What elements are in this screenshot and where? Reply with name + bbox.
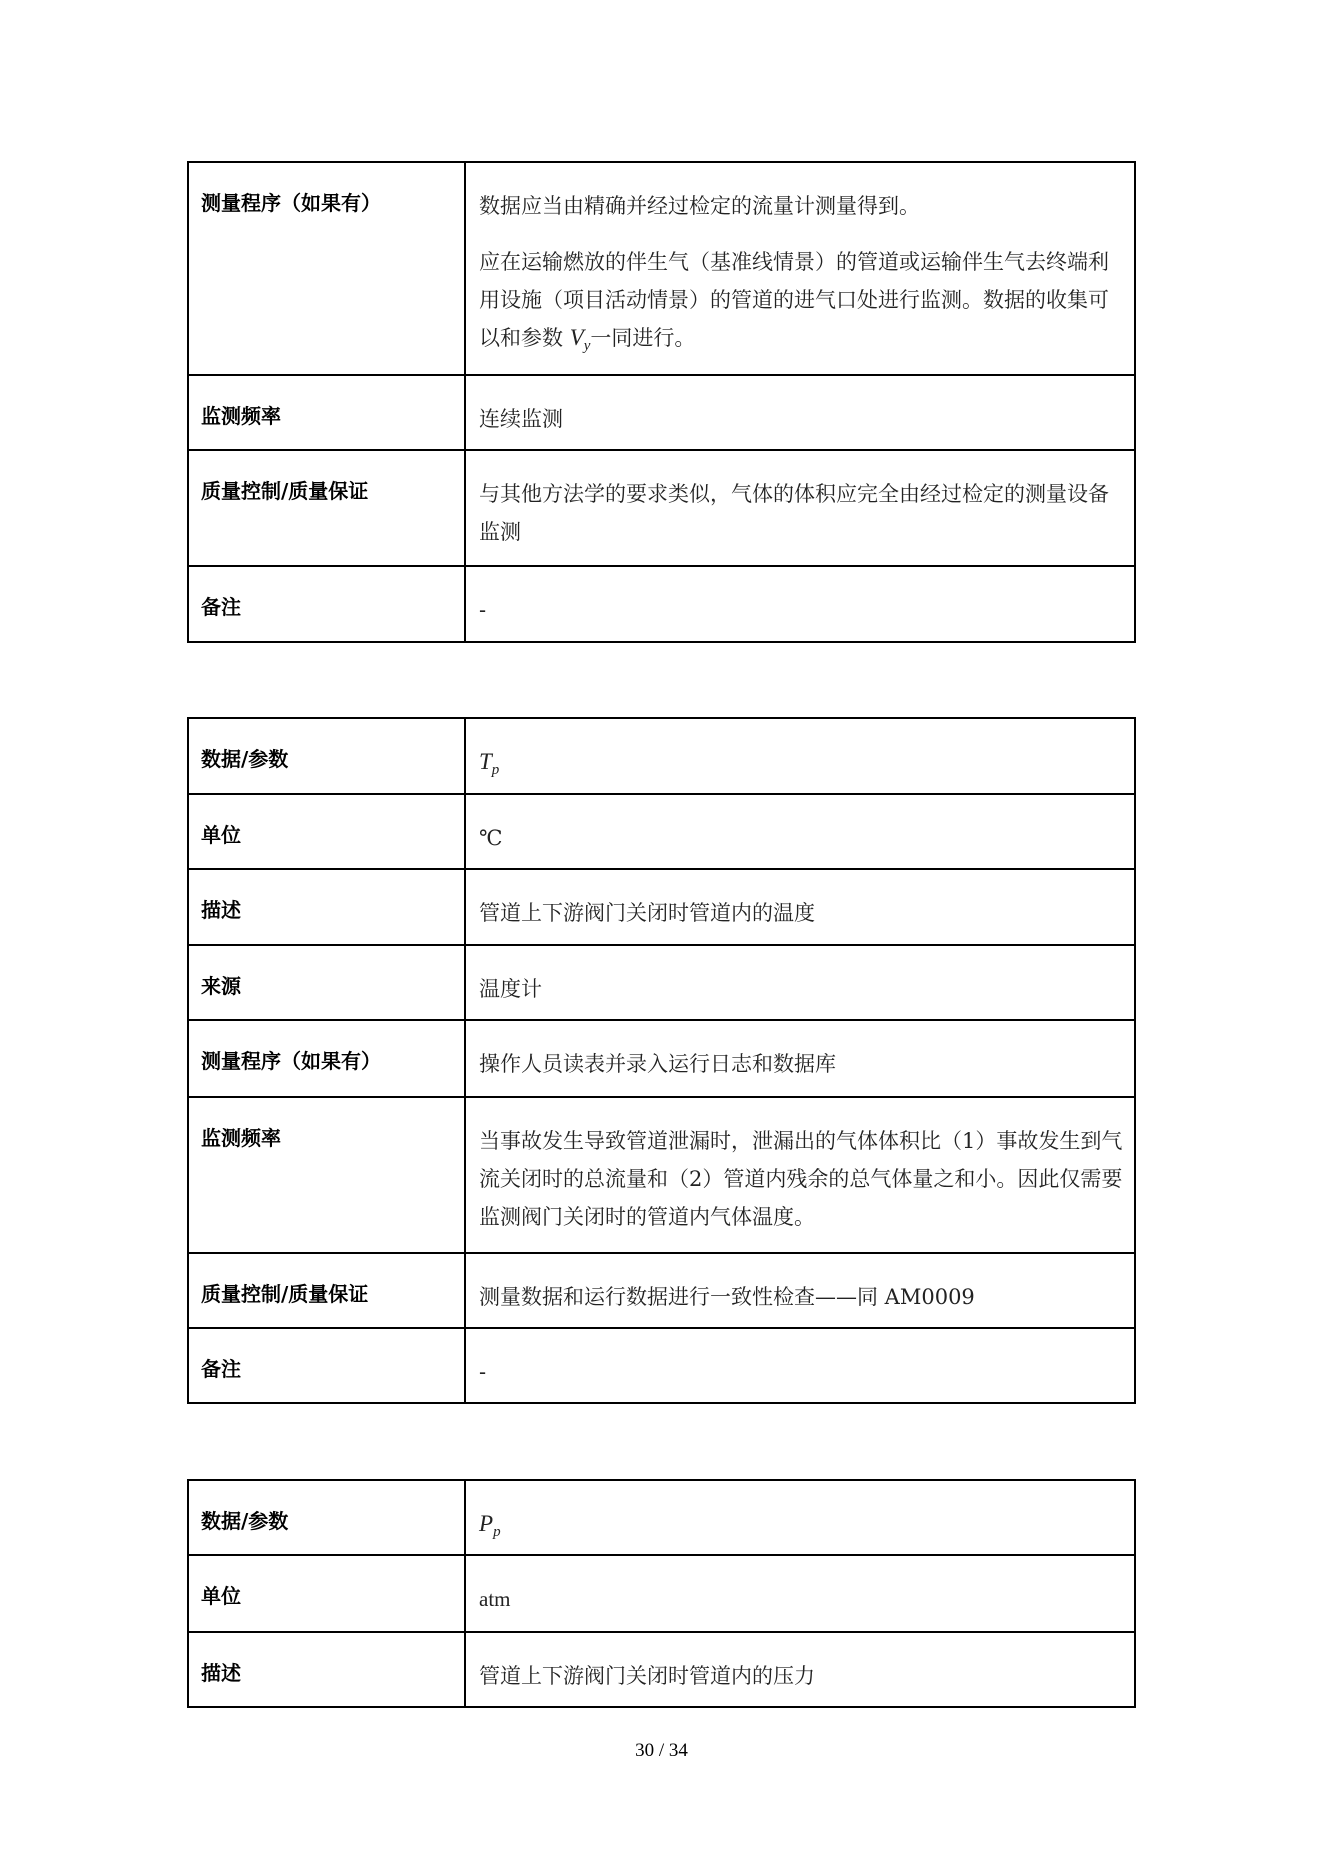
- row-label: 单位: [188, 1555, 465, 1632]
- table-row-measurement-procedure: 测量程序（如果有） 操作人员读表并录入运行日志和数据库: [188, 1020, 1135, 1097]
- row-value: 测量数据和运行数据进行一致性检查——同 AM0009: [465, 1253, 1135, 1328]
- row-value: ℃: [465, 794, 1135, 869]
- row-value: 数据应当由精确并经过检定的流量计测量得到。 应在运输燃放的伴生气（基准线情景）的…: [465, 162, 1135, 375]
- row-label: 数据/参数: [188, 1480, 465, 1555]
- param-symbol: Pp: [479, 1511, 501, 1536]
- row-label: 单位: [188, 794, 465, 869]
- param-symbol: Vy: [570, 325, 591, 350]
- row-value: 连续监测: [465, 375, 1135, 450]
- row-label: 测量程序（如果有）: [188, 1020, 465, 1097]
- table-row-source: 来源 温度计: [188, 945, 1135, 1020]
- table-row-unit: 单位 atm: [188, 1555, 1135, 1632]
- row-value: -: [465, 566, 1135, 642]
- row-label: 数据/参数: [188, 718, 465, 794]
- symbol-main: T: [479, 749, 492, 774]
- parameter-table-continued: 测量程序（如果有） 数据应当由精确并经过检定的流量计测量得到。 应在运输燃放的伴…: [187, 161, 1136, 643]
- row-value: Pp: [465, 1480, 1135, 1555]
- table-row-unit: 单位 ℃: [188, 794, 1135, 869]
- table-row-qaqc: 质量控制/质量保证 与其他方法学的要求类似，气体的体积应完全由经过检定的测量设备…: [188, 450, 1135, 566]
- row-value: -: [465, 1328, 1135, 1403]
- table-row-remarks: 备注 -: [188, 566, 1135, 642]
- row-value: 与其他方法学的要求类似，气体的体积应完全由经过检定的测量设备监测: [465, 450, 1135, 566]
- table-row-parameter: 数据/参数 Tp: [188, 718, 1135, 794]
- symbol-sub: p: [492, 762, 500, 778]
- row-label: 描述: [188, 1632, 465, 1707]
- parameter-table-pp: 数据/参数 Pp 单位 atm 描述 管道上下游阀门关闭时管道内的压力: [187, 1479, 1136, 1708]
- row-label: 质量控制/质量保证: [188, 450, 465, 566]
- table-row-remarks: 备注 -: [188, 1328, 1135, 1403]
- row-label: 描述: [188, 869, 465, 945]
- row-label: 质量控制/质量保证: [188, 1253, 465, 1328]
- row-value: 管道上下游阀门关闭时管道内的压力: [465, 1632, 1135, 1707]
- symbol-main: V: [570, 325, 584, 350]
- table-row-measurement-procedure: 测量程序（如果有） 数据应当由精确并经过检定的流量计测量得到。 应在运输燃放的伴…: [188, 162, 1135, 375]
- value-text: 一同进行。: [590, 326, 695, 350]
- table-row-qaqc: 质量控制/质量保证 测量数据和运行数据进行一致性检查——同 AM0009: [188, 1253, 1135, 1328]
- symbol-sub: p: [493, 1524, 501, 1540]
- table-row-description: 描述 管道上下游阀门关闭时管道内的温度: [188, 869, 1135, 945]
- row-value: Tp: [465, 718, 1135, 794]
- row-label: 来源: [188, 945, 465, 1020]
- row-label: 监测频率: [188, 1097, 465, 1253]
- row-value: atm: [465, 1555, 1135, 1632]
- symbol-main: P: [479, 1511, 493, 1536]
- row-label: 监测频率: [188, 375, 465, 450]
- table-row-monitoring-frequency: 监测频率 连续监测: [188, 375, 1135, 450]
- row-value: 管道上下游阀门关闭时管道内的温度: [465, 869, 1135, 945]
- table-row-parameter: 数据/参数 Pp: [188, 1480, 1135, 1555]
- row-value: 当事故发生导致管道泄漏时，泄漏出的气体体积比（1）事故发生到气流关闭时的总流量和…: [465, 1097, 1135, 1253]
- row-label: 备注: [188, 566, 465, 642]
- table-row-monitoring-frequency: 监测频率 当事故发生导致管道泄漏时，泄漏出的气体体积比（1）事故发生到气流关闭时…: [188, 1097, 1135, 1253]
- row-label: 测量程序（如果有）: [188, 162, 465, 375]
- row-value: 温度计: [465, 945, 1135, 1020]
- page-number: 30 / 34: [0, 1740, 1323, 1762]
- table-row-description: 描述 管道上下游阀门关闭时管道内的压力: [188, 1632, 1135, 1707]
- row-label: 备注: [188, 1328, 465, 1403]
- parameter-table-tp: 数据/参数 Tp 单位 ℃ 描述 管道上下游阀门关闭时管道内的温度 来源 温度计…: [187, 717, 1136, 1404]
- value-paragraph: 应在运输燃放的伴生气（基准线情景）的管道或运输伴生气去终端利用设施（项目活动情景…: [479, 243, 1124, 365]
- param-symbol: Tp: [479, 749, 499, 774]
- value-paragraph: 数据应当由精确并经过检定的流量计测量得到。: [479, 187, 1124, 225]
- row-value: 操作人员读表并录入运行日志和数据库: [465, 1020, 1135, 1097]
